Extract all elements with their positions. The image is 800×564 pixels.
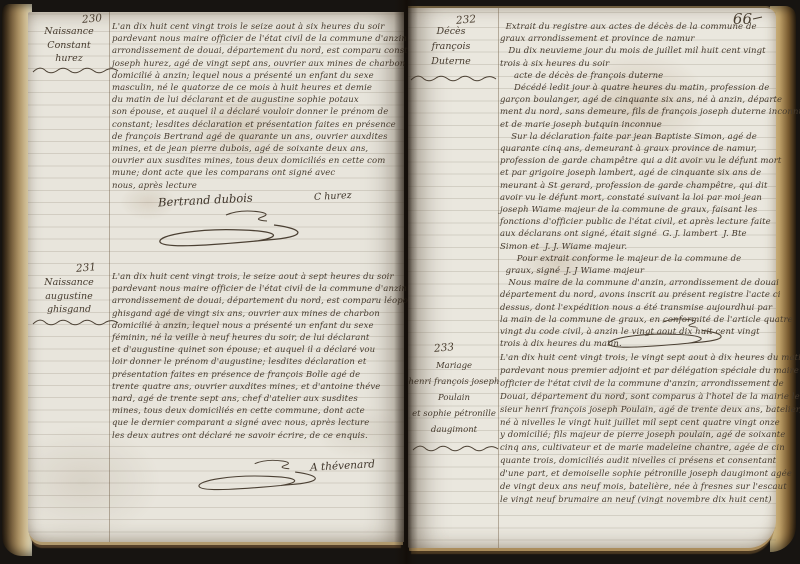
manuscript-line: masculin, né le quatorze de ce mois à hu… <box>112 82 404 94</box>
manuscript-line: aux déclarans ont signé, était signé G. … <box>500 228 776 240</box>
manuscript-line: L'an dix huit cent vingt trois le seize … <box>112 21 404 33</box>
manuscript-line: L'an dix huit cent vingt trois, le vingt… <box>500 352 776 365</box>
manuscript-line: joseph hurez, agé de vingt sept ans, ouv… <box>112 58 404 70</box>
manuscript-line: ghisgand agé de vingt six ans, ouvrier a… <box>112 308 404 320</box>
margin-note-line: Naissance <box>30 276 108 290</box>
manuscript-line: Simon et J. J. Wiame majeur. <box>500 241 776 253</box>
manuscript-line: dessus, dont l'expédition nous a été tra… <box>500 302 776 314</box>
manuscript-line: son épouse, et auquel il a déclaré voulo… <box>112 106 404 118</box>
manuscript-line: nard, agé de trente sept ans, chef d'ate… <box>112 393 404 405</box>
manuscript-line: constant; lesdites déclaration et présen… <box>112 119 404 131</box>
manuscript-line: Nous maire de la commune d'anzin, arrond… <box>500 277 776 289</box>
right-page: 66 232 DécèsfrançoisDuterne Extrait du r… <box>408 8 776 548</box>
manuscript-line: du matin de lui déclarant et de augustin… <box>112 94 404 106</box>
act-number: 230 <box>82 12 103 26</box>
manuscript-line: le vingt neuf brumaire an neuf (vingt no… <box>500 494 776 507</box>
manuscript-line: officier de l'état civil de la commune d… <box>500 378 776 391</box>
margin-note-line: daugimont <box>408 422 500 438</box>
act-body-text: L'an dix huit cent vingt trois, le vingt… <box>500 352 776 507</box>
manuscript-line: département du nord, avons inscrit au pr… <box>500 289 776 301</box>
manuscript-line: Du dix neuvieme jour du mois de juillet … <box>500 45 776 57</box>
manuscript-line: pardevant nous premier adjoint et par dé… <box>500 365 776 378</box>
mayor-signature-flourish <box>154 206 326 258</box>
manuscript-line: graux arrondissement et province de namu… <box>500 33 776 45</box>
manuscript-line: féminin, né la veille à neuf heures du s… <box>112 332 404 344</box>
margin-note-line: Poulain <box>408 390 500 406</box>
margin-note-line: Décès <box>412 24 490 39</box>
manuscript-line: quante trois, domiciliés audit nivelles … <box>500 455 776 468</box>
manuscript-line: pardevant nous maire officier de l'état … <box>112 33 404 45</box>
manuscript-line: acte de décès de françois duterne <box>500 70 776 82</box>
manuscript-line: et de marie joseph butquin inconnue <box>500 119 776 131</box>
manuscript-line: d'une part, et demoiselle sophie pétroni… <box>500 468 776 481</box>
manuscript-line: fonctions d'officier public de l'état ci… <box>500 216 776 228</box>
manuscript-line: de françois Bertrand agé de quarante un … <box>112 131 404 143</box>
manuscript-line: sieur henri françois joseph Poulain, agé… <box>500 404 776 417</box>
manuscript-line: ouvrier aux susdites mines, tous deux do… <box>112 155 404 167</box>
act-number: 233 <box>434 341 455 355</box>
margin-note-line: hurez <box>30 52 108 66</box>
act-margin-note: Naissanceaugustineghisgand <box>30 276 108 317</box>
manuscript-line: et par grigoire joseph lambert, agé de c… <box>500 167 776 179</box>
manuscript-line: et d'augustine quinet son épouse; et auq… <box>112 344 404 356</box>
manuscript-line: profession de garde champêtre qui a dit … <box>500 155 776 167</box>
manuscript-line: Extrait du registre aux actes de décès d… <box>500 21 776 33</box>
margin-rule-line <box>498 8 499 548</box>
manuscript-line: mune; dont acte que les comparans ont si… <box>112 167 404 179</box>
mayor-signature-flourish <box>194 452 339 504</box>
manuscript-line: domicilié à anzin; lequel nous a présent… <box>112 70 404 82</box>
margin-note-line: Mariage <box>408 358 500 374</box>
margin-note-line: henri françois joseph <box>408 374 500 390</box>
margin-squiggle-flourish <box>410 74 498 83</box>
act-margin-note: Mariagehenri françois josephPoulainet so… <box>408 358 500 438</box>
manuscript-line: trois à six heures du soir <box>500 58 776 70</box>
signature-c-hurez: C hurez <box>314 190 352 203</box>
manuscript-line: loir donner le prénom d'augustine; lesdi… <box>112 356 404 368</box>
manuscript-line: présentation faites en présence de franç… <box>112 369 404 381</box>
manuscript-line: Douai, département du nord, sont comparu… <box>500 391 776 404</box>
manuscript-line: les deux autres ont déclaré ne savoir éc… <box>112 430 404 442</box>
register-book-spread: 230 NaissanceConstanthurez L'an dix huit… <box>0 0 800 564</box>
manuscript-line: ment du nord, sans demeure, fils de fran… <box>500 106 776 118</box>
manuscript-line: Pour extrait conforme le majeur de la co… <box>500 253 776 265</box>
margin-note-line: Duterne <box>412 54 490 69</box>
manuscript-line: y domicilié; fils majeur de pierre josep… <box>500 429 776 442</box>
manuscript-line: mines, tous deux domiciliés en cette com… <box>112 405 404 417</box>
manuscript-line: graux, signé J. J Wiame majeur <box>500 265 776 277</box>
margin-squiggle-flourish <box>32 66 120 75</box>
manuscript-line: cinq ans, cultivateur et de marie madele… <box>500 442 776 455</box>
manuscript-line: meurant à St gerard, profession de garde… <box>500 180 776 192</box>
act-body-text: Extrait du registre aux actes de décès d… <box>500 21 776 350</box>
manuscript-line: garçon boulanger, agé de cinquante six a… <box>500 94 776 106</box>
margin-squiggle-flourish <box>32 318 120 327</box>
manuscript-line: que le dernier comparant a signé avec no… <box>112 417 404 429</box>
manuscript-line: arrondissement de douai, département du … <box>112 45 404 57</box>
manuscript-line: quarante cinq ans, demeurant à graux pro… <box>500 143 776 155</box>
act-margin-note: NaissanceConstanthurez <box>30 25 108 66</box>
act-number: 231 <box>76 261 97 275</box>
manuscript-line: né à nivelles le vingt huit juillet mil … <box>500 417 776 430</box>
manuscript-line: mines, et de jean pierre dubois, agé de … <box>112 143 404 155</box>
manuscript-line: pardevant nous maire officier de l'état … <box>112 283 404 295</box>
margin-note-line: et sophie pétronille <box>408 406 500 422</box>
manuscript-line: joseph Wiame majeur de la commune de gra… <box>500 204 776 216</box>
margin-note-line: augustine <box>30 290 108 304</box>
margin-note-line: ghisgand <box>30 303 108 317</box>
margin-note-line: Naissance <box>30 25 108 39</box>
act-body-text: L'an dix huit cent vingt trois, le seize… <box>112 271 404 442</box>
act-margin-note: DécèsfrançoisDuterne <box>412 24 490 69</box>
manuscript-line: Sur la déclaration faite par jean Baptis… <box>500 131 776 143</box>
margin-note-line: françois <box>412 39 490 54</box>
margin-squiggle-flourish <box>412 444 500 453</box>
manuscript-line: de vingt deux ans neuf mois, batelière, … <box>500 481 776 494</box>
manuscript-line: domicilié à anzin, lequel nous a présent… <box>112 320 404 332</box>
signature-a-thevenard: A thévenard <box>310 458 376 473</box>
manuscript-line: trente quatre ans, ouvrier auxdites mine… <box>112 381 404 393</box>
manuscript-line: avoir vu le défunt mort, constaté suivan… <box>500 192 776 204</box>
manuscript-line: Décédé ledit jour à quatre heures du mat… <box>500 82 776 94</box>
manuscript-line: L'an dix huit cent vingt trois, le seize… <box>112 271 404 283</box>
left-page: 230 NaissanceConstanthurez L'an dix huit… <box>28 12 404 542</box>
act-body-text: L'an dix huit cent vingt trois le seize … <box>112 21 404 192</box>
margin-note-line: Constant <box>30 39 108 53</box>
manuscript-line: arrondissement de douai, département du … <box>112 295 404 307</box>
manuscript-line: nous, après lecture <box>112 180 404 192</box>
margin-rule-line <box>109 12 110 542</box>
